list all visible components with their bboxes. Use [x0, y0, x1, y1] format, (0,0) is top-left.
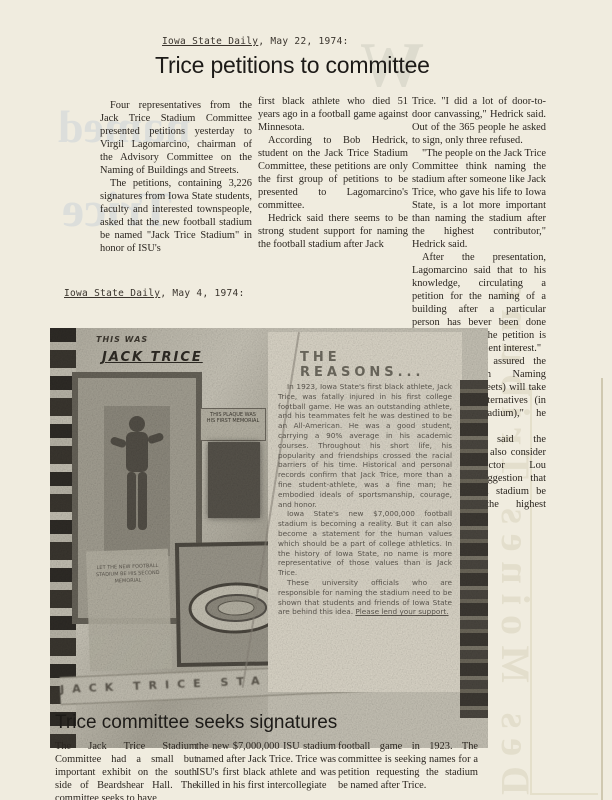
- memorial-plaque-sign: THIS PLAQUE WAS HIS FIRST MEMORIAL: [200, 408, 266, 441]
- article-column-2: first black athlete who died 51 years ag…: [258, 95, 408, 251]
- exhibit-small-sign: LET THE NEW FOOTBALL STADIUM BE HIS SECO…: [86, 549, 172, 672]
- article-column-1: The Jack Trice Stadium Committee had a s…: [55, 740, 197, 800]
- paragraph: Iowa State's new $7,000,000 football sta…: [278, 509, 452, 578]
- article-headline: Trice committee seeks signatures: [55, 712, 337, 734]
- paragraph: "The people on the Jack Trice Committee …: [412, 147, 546, 251]
- support-plea: Please lend your support.: [355, 607, 448, 616]
- reasons-title: THE REASONS...: [300, 350, 462, 380]
- exhibit-photograph: THIS WAS JACK TRICE THIS PLAQUE WAS HIS …: [50, 328, 488, 748]
- paragraph: football game in 1923. The committee is …: [338, 740, 478, 792]
- newspaper-name: Iowa State Daily: [162, 36, 258, 47]
- exhibit-label-this-was: THIS WAS: [96, 335, 148, 344]
- paragraph: The petitions, containing 3,226 signatur…: [100, 177, 252, 255]
- paragraph: the new $7,000,000 ISU stadium named aft…: [196, 740, 336, 792]
- jack-trice-portrait: [104, 406, 170, 556]
- photo-dark-edge-strip: [460, 380, 488, 718]
- clipping-source-date: Iowa State Daily, May 22, 1974:: [162, 36, 349, 47]
- article-column-3: football game in 1923. The committee is …: [338, 740, 478, 792]
- paragraph: Trice. "I did a lot of door-to-door canv…: [412, 95, 546, 147]
- clipping-source-date: Iowa State Daily, May 4, 1974:: [64, 288, 245, 299]
- article-headline: Trice petitions to committee: [155, 52, 430, 79]
- memorial-plaque: [208, 442, 260, 518]
- exhibit-label-jack-trice: JACK TRICE: [102, 350, 203, 365]
- reasons-board: THE REASONS... In 1923, Iowa State's fir…: [268, 332, 462, 692]
- portrait-silhouette: [104, 406, 170, 556]
- article-column-2: the new $7,000,000 ISU stadium named aft…: [196, 740, 336, 792]
- paragraph: According to Bob Hedrick, student on the…: [258, 134, 408, 212]
- clipping-date: , May 22, 1974:: [258, 36, 348, 47]
- paragraph: The Jack Trice Stadium Committee had a s…: [55, 740, 197, 800]
- plaque-text-line: HIS FIRST MEMORIAL: [201, 418, 265, 424]
- clipping-date: , May 4, 1974:: [160, 288, 244, 299]
- paragraph: These university officials who are respo…: [278, 578, 452, 617]
- paragraph: Hedrick said there seems to be strong st…: [258, 212, 408, 251]
- newspaper-name: Iowa State Daily: [64, 288, 160, 299]
- paragraph: Four representatives from the Jack Trice…: [100, 99, 252, 177]
- paragraph: first black athlete who died 51 years ag…: [258, 95, 408, 134]
- article-column-1: Four representatives from the Jack Trice…: [100, 99, 252, 255]
- page-edge-line: [601, 378, 603, 800]
- reasons-handwritten-text: In 1923, Iowa State's first black athlet…: [278, 382, 452, 617]
- paragraph: In 1923, Iowa State's first black athlet…: [278, 382, 452, 509]
